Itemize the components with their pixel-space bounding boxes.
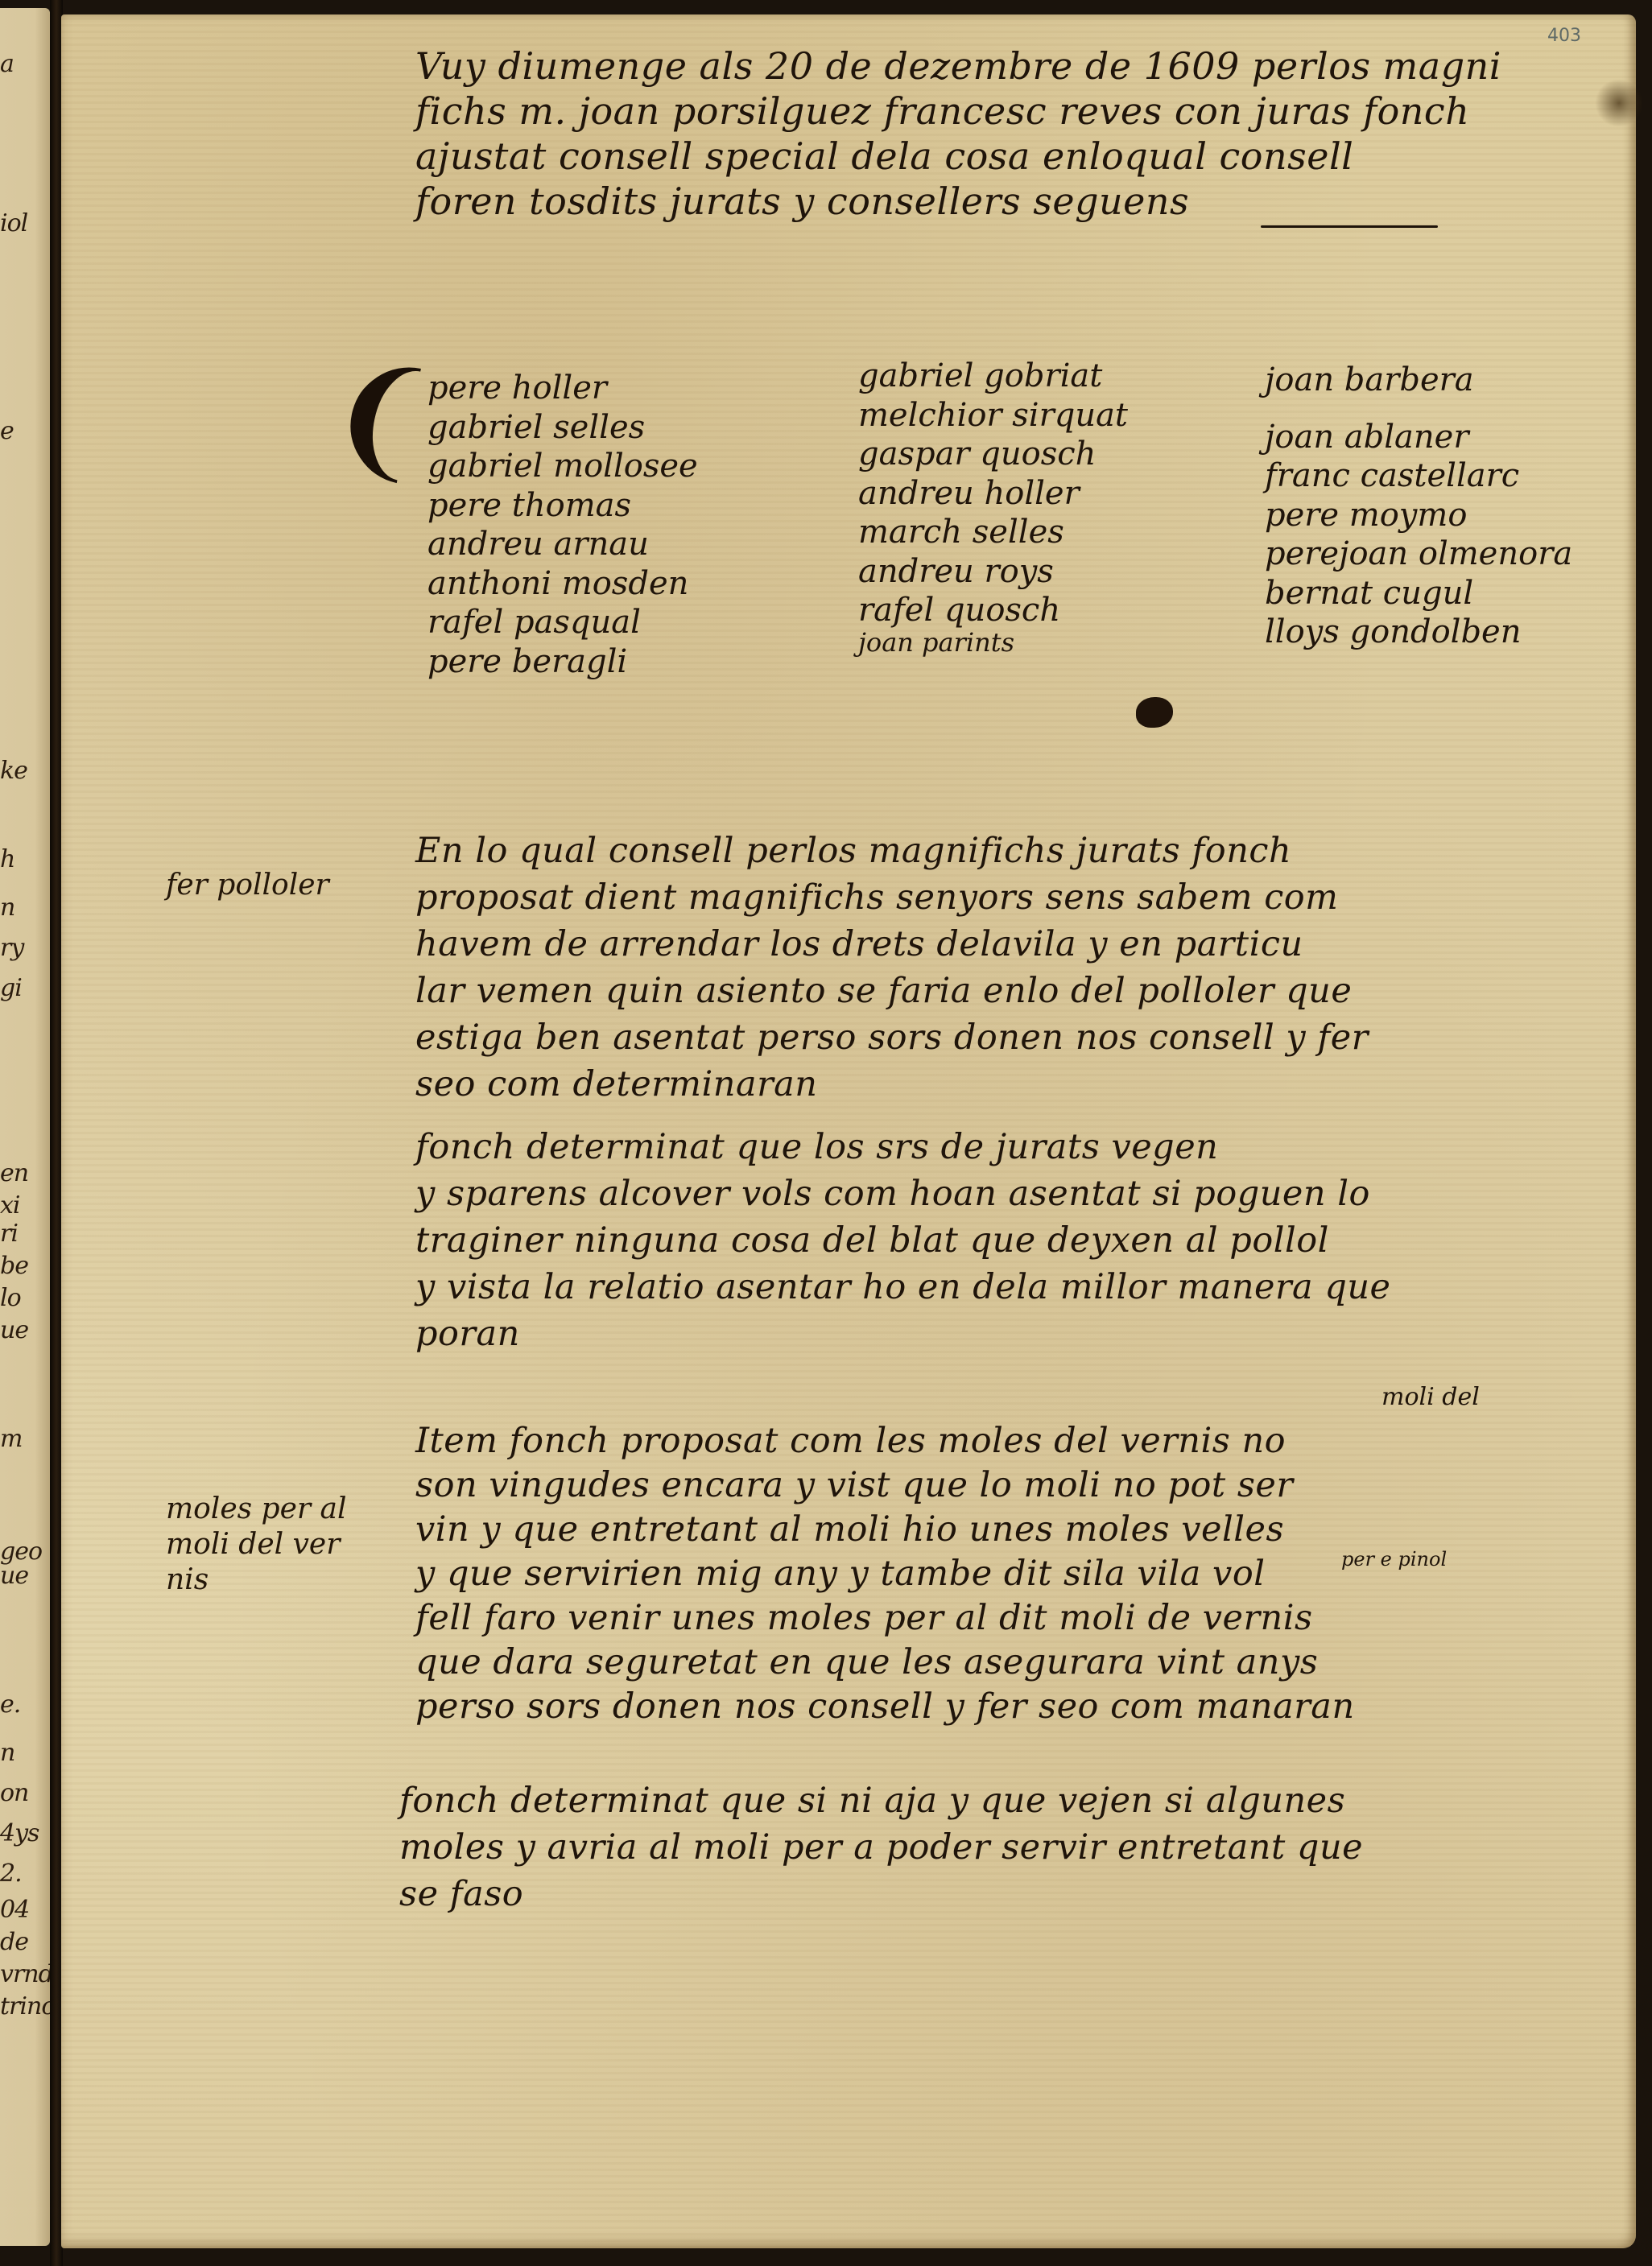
heading-block: Vuy diumenge als 20 de dezembre de 1609 … <box>415 43 1501 224</box>
attendee-name: rafel quosch <box>858 591 1128 630</box>
text-line: que dara seguretat en que les asegurara … <box>415 1641 1355 1685</box>
facing-text-fragment: ue <box>0 1562 28 1590</box>
facing-text-fragment: n <box>0 1739 14 1767</box>
attendees-column-1: pere holler gabriel selles gabriel mollo… <box>427 369 698 681</box>
facing-text-fragment: ry <box>0 934 23 962</box>
attendees-column-3: joan barbera joan ablaner franc castella… <box>1265 361 1572 652</box>
attendee-name: gabriel mollosee <box>427 447 698 486</box>
facing-text-fragment: en <box>0 1159 28 1187</box>
facing-text-fragment: e <box>0 417 14 445</box>
attendee-name: pere moymo <box>1265 496 1572 535</box>
attendee-name: perejoan olmenora <box>1265 535 1572 574</box>
facing-text-fragment: ue <box>0 1316 28 1344</box>
facing-text-fragment: n <box>0 894 14 922</box>
text-line: En lo qual consell perlos magnifichs jur… <box>415 828 1369 874</box>
attendee-name: melchior sirquat <box>858 396 1128 435</box>
margin-note-line: moles per al <box>166 1492 347 1527</box>
ink-blot <box>1136 697 1173 728</box>
text-line: y sparens alcover vols com hoan asentat … <box>415 1170 1391 1217</box>
facing-text-fragment: a <box>0 50 14 78</box>
attendee-name: gabriel selles <box>427 408 698 448</box>
heading-line: foren tosdits jurats y consellers seguen… <box>415 179 1501 224</box>
text-line: lar vemen quin asiento se faria enlo del… <box>415 968 1369 1014</box>
attendee-name: pere holler <box>427 369 698 408</box>
text-line: estiga ben asentat perso sors donen nos … <box>415 1014 1369 1061</box>
facing-text-fragment: ri <box>0 1220 18 1248</box>
attendee-name: andreu roys <box>858 552 1128 592</box>
facing-text-fragment: 4ys <box>0 1819 39 1847</box>
heading-line: Vuy diumenge als 20 de dezembre de 1609 … <box>415 43 1501 89</box>
attendee-name: gabriel gobriat <box>858 357 1128 396</box>
attendee-name: anthoni mosden <box>427 564 698 604</box>
folio-number: 403 <box>1547 26 1581 46</box>
proposal-paragraph: Item fonch proposat com les moles del ve… <box>415 1419 1355 1729</box>
text-line: fell faro venir unes moles per al dit mo… <box>415 1596 1355 1641</box>
heading-line: fichs m. joan porsilguez francesc reves … <box>415 89 1501 134</box>
facing-text-fragment: ke <box>0 757 27 785</box>
text-line: poran <box>415 1310 1391 1357</box>
margin-note-line: fer polloler <box>166 868 329 903</box>
facing-text-fragment: xi <box>0 1191 20 1220</box>
facing-text-fragment: iol <box>0 209 27 237</box>
margin-note-line: moli del ver <box>166 1527 347 1562</box>
text-line: moles y avria al moli per a poder servir… <box>399 1824 1363 1871</box>
facing-text-fragment: on <box>0 1779 28 1807</box>
text-line: seo com determinaran <box>415 1061 1369 1108</box>
text-line: havem de arrendar los drets delavila y e… <box>415 921 1369 968</box>
attendees-column-2: gabriel gobriat melchior sirquat gaspar … <box>858 357 1128 654</box>
manuscript-page: 403 Vuy diumenge als 20 de dezembre de 1… <box>61 14 1636 2248</box>
facing-text-fragment: 2. <box>0 1859 22 1888</box>
attendee-name: pere beragli <box>427 642 698 682</box>
margin-note: moles per al moli del ver nis <box>166 1492 347 1598</box>
flourish-rule <box>1261 225 1438 228</box>
attendee-name: rafel pasqual <box>427 603 698 642</box>
attendee-name: march selles <box>858 513 1128 552</box>
facing-text-fragment: 04 <box>0 1896 29 1924</box>
text-line: vin y que entretant al moli hio unes mol… <box>415 1508 1355 1552</box>
attendee-name: gaspar quosch <box>858 435 1128 474</box>
text-line: traginer ninguna cosa del blat que deyxe… <box>415 1217 1391 1264</box>
facing-text-fragment: m <box>0 1425 22 1453</box>
heading-line: ajustat consell special dela cosa enloqu… <box>415 134 1501 179</box>
interlinear-note: moli del <box>1381 1383 1480 1411</box>
attendee-name: franc castellarc <box>1265 456 1572 496</box>
text-line: fonch determinat que si ni aja y que vej… <box>399 1777 1363 1824</box>
text-line: y vista la relatio asentar ho en dela mi… <box>415 1264 1391 1310</box>
determination-paragraph: fonch determinat que los srs de jurats v… <box>415 1124 1391 1357</box>
margin-note-line: nis <box>166 1562 347 1598</box>
margin-note: fer polloler <box>166 868 329 903</box>
ink-stain <box>1595 79 1643 127</box>
text-line: y que servirien mig any y tambe dit sila… <box>415 1552 1355 1596</box>
text-line: Item fonch proposat com les moles del ve… <box>415 1419 1355 1463</box>
facing-text-fragment: gi <box>0 974 22 1002</box>
text-line: son vingudes encara y vist que lo moli n… <box>415 1463 1355 1508</box>
attendee-name: joan parints <box>858 630 1128 654</box>
attendee-name: joan barbera <box>1265 361 1572 400</box>
facing-text-fragment: be <box>0 1252 28 1280</box>
attendee-name: andreu arnau <box>427 525 698 564</box>
interlinear-note: per e pinol <box>1341 1548 1447 1571</box>
attendee-name: pere thomas <box>427 486 698 526</box>
attendee-name: andreu holler <box>858 474 1128 514</box>
facing-text-fragment: de <box>0 1928 28 1956</box>
determination-paragraph: fonch determinat que si ni aja y que vej… <box>399 1777 1363 1917</box>
facing-text-fragment: trino <box>0 1992 50 2020</box>
attendee-name: bernat cugul <box>1265 574 1572 613</box>
facing-text-fragment: lo <box>0 1284 21 1312</box>
proposal-paragraph: En lo qual consell perlos magnifichs jur… <box>415 828 1369 1108</box>
text-line: fonch determinat que los srs de jurats v… <box>415 1124 1391 1170</box>
facing-text-fragment: vrnd <box>0 1960 50 1988</box>
text-line: proposat dient magnifichs senyors sens s… <box>415 874 1369 921</box>
facing-text-fragment: e. <box>0 1690 20 1719</box>
facing-text-fragment: h <box>0 845 14 873</box>
text-line: perso sors donen nos consell y fer seo c… <box>415 1685 1355 1729</box>
facing-page-edge: a iol e ke h n ry gi en xi ri be lo ue m… <box>0 8 50 2246</box>
attendee-name: lloys gondolben <box>1265 613 1572 652</box>
text-line: se faso <box>399 1871 1363 1917</box>
attendee-name: joan ablaner <box>1265 418 1572 457</box>
